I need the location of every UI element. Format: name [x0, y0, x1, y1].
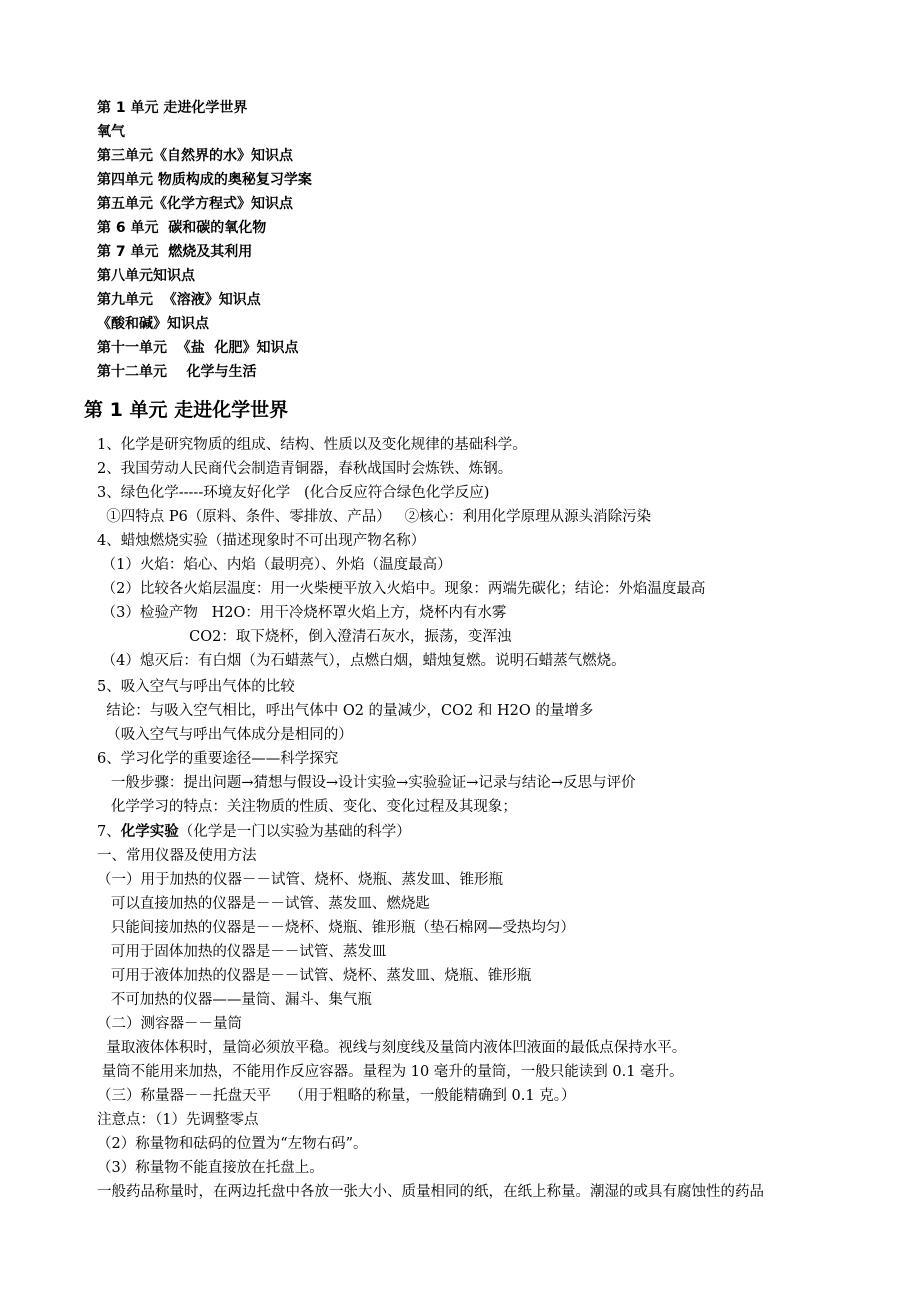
toc-item[interactable]: 第十二单元 化学与生活: [97, 363, 257, 381]
toc-item[interactable]: 第八单元知识点: [97, 267, 195, 285]
paragraph: 注意点：（1）先调整零点: [97, 1111, 258, 1129]
toc-item[interactable]: 第四单元 物质构成的奥秘复习学案: [97, 171, 312, 189]
toc-item[interactable]: 第十一单元 《盐 化肥》知识点: [97, 339, 299, 357]
paragraph: 可以直接加热的仪器是－－试管、蒸发皿、燃烧匙: [97, 895, 430, 913]
paragraph: 化学学习的特点：关注物质的性质、变化、变化过程及其现象；: [97, 798, 517, 816]
paragraph: 4、蜡烛燃烧实验（描述现象时不可出现产物名称）: [97, 532, 425, 550]
paragraph: 1、化学是研究物质的组成、结构、性质以及变化规律的基础科学。: [97, 436, 527, 454]
toc-item[interactable]: 第 1 单元 走进化学世界: [97, 99, 247, 117]
paragraph: （吸入空气与呼出气体成分是相同的）: [97, 726, 353, 744]
paragraph: 量取液体体积时，量筒必须放平稳。视线与刻度线及量筒内液体凹液面的最低点保持水平。: [97, 1039, 686, 1057]
paragraph: 2、我国劳动人民商代会制造青铜器，春秋战国时会炼铁、炼钢。: [97, 460, 512, 478]
paragraph: （1）火焰：焰心、内焰（最明亮）、外焰（温度最高）: [97, 556, 452, 574]
toc-item[interactable]: 第三单元《自然界的水》知识点: [97, 147, 293, 165]
toc-item[interactable]: 氧气: [97, 123, 125, 141]
paragraph: 只能间接加热的仪器是－－烧杯、烧瓶、锥形瓶（垫石棉网—受热均匀）: [97, 919, 575, 937]
paragraph: 一般步骤：提出问题→猜想与假设→设计实验→实验验证→记录与结论→反思与评价: [97, 774, 636, 792]
paragraph: 不可加热的仪器——量筒、漏斗、集气瓶: [97, 991, 372, 1009]
paragraph: 3、绿色化学-----环境友好化学 (化合反应符合绿色化学反应): [97, 484, 489, 502]
paragraph: 结论：与吸入空气相比，呼出气体中 O2 的量减少，CO2 和 H2O 的量增多: [97, 702, 593, 720]
toc-item[interactable]: 《酸和碱》知识点: [97, 315, 209, 333]
toc-item[interactable]: 第五单元《化学方程式》知识点: [97, 195, 293, 213]
paragraph: 一般药品称量时，在两边托盘中各放一张大小、质量相同的纸，在纸上称量。潮湿的或具有…: [97, 1183, 764, 1201]
paragraph: ①四特点 P6（原料、条件、零排放、产品） ②核心：利用化学原理从源头消除污染: [97, 508, 651, 526]
paragraph: （4）熄灭后：有白烟（为石蜡蒸气），点燃白烟，蜡烛复燃。说明石蜡蒸气燃烧。: [97, 652, 626, 670]
toc-item[interactable]: 第九单元 《溶液》知识点: [97, 291, 261, 309]
paragraph: （2）比较各火焰层温度：用一火柴梗平放入火焰中。现象：两端先碳化；结论：外焰温度…: [97, 580, 705, 598]
paragraph: （2）称量物和砝码的位置为“左物右码”。: [97, 1135, 368, 1153]
paragraph: 一、常用仪器及使用方法: [97, 847, 257, 865]
paragraph-item7: 7、化学实验（化学是一门以实验为基础的科学）: [97, 823, 411, 841]
toc-item[interactable]: 第 7 单元 燃烧及其利用: [97, 243, 252, 261]
item-number: 7、: [97, 824, 121, 840]
paragraph: （一）用于加热的仪器－－试管、烧杯、烧瓶、蒸发皿、锥形瓶: [97, 871, 503, 889]
paragraph: CO2：取下烧杯，倒入澄清石灰水，振荡，变浑浊: [97, 628, 511, 646]
paragraph: （二）测容器－－量筒: [97, 1015, 242, 1033]
paragraph: 5、吸入空气与呼出气体的比较: [97, 678, 295, 696]
paragraph: 可用于液体加热的仪器是－－试管、烧杯、蒸发皿、烧瓶、锥形瓶: [97, 967, 531, 985]
bold-term: 化学实验: [121, 824, 179, 840]
section-title: 第 1 单元 走进化学世界: [84, 398, 288, 422]
paragraph: 量筒不能用来加热，不能用作反应容器。量程为 10 毫升的量筒，一般只能读到 0.…: [97, 1063, 684, 1081]
toc-item[interactable]: 第 6 单元 碳和碳的氧化物: [97, 219, 266, 237]
paragraph: 可用于固体加热的仪器是－－试管、蒸发皿: [97, 943, 386, 961]
paragraph: （3）检验产物 H2O：用干冷烧杯罩火焰上方，烧杯内有水雾: [97, 604, 506, 622]
paragraph: （三）称量器－－托盘天平 （用于粗略的称量，一般能精确到 0.1 克。）: [97, 1087, 575, 1105]
paragraph: 6、学习化学的重要途径——科学探究: [97, 750, 338, 768]
item-text: （化学是一门以实验为基础的科学）: [179, 824, 411, 840]
paragraph: （3）称量物不能直接放在托盘上。: [97, 1159, 324, 1177]
